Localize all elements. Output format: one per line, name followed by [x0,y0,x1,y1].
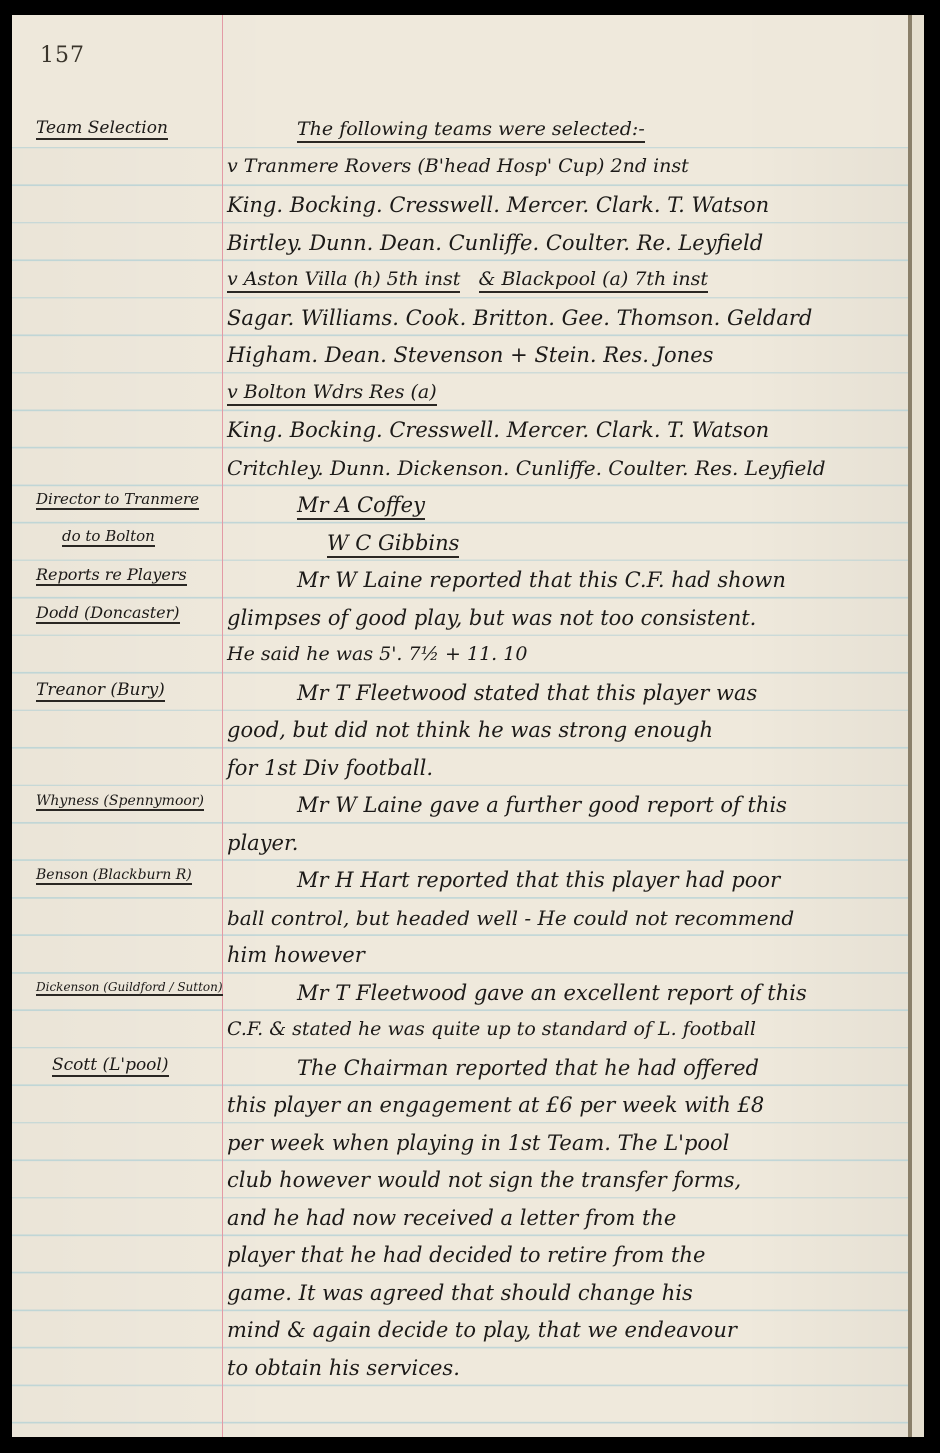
director-bolton: W C Gibbins [327,531,459,555]
ledger-page: 157 Team Selection Director to Tranmere … [12,15,924,1437]
report-scott-line-2: this player an engagement at £6 per week… [227,1093,764,1117]
fixture-villa-blackpool: v Aston Villa (h) 5th inst & Blackpool (… [227,268,708,290]
page-number: 157 [40,43,85,68]
team-3-line-2: Critchley. Dunn. Dickenson. Cunliffe. Co… [227,456,826,480]
report-dickenson-line-1: Mr T Fleetwood gave an excellent report … [297,981,807,1005]
margin-note-benson: Benson (Blackburn R) [36,867,192,885]
report-dodd-line-2: glimpses of good play, but was not too c… [227,606,756,630]
team-3-line-1: King. Bocking. Cresswell. Mercer. Clark.… [227,418,769,442]
report-benson-line-3: him however [227,943,365,967]
report-scott-line-8: mind & again decide to play, that we end… [227,1318,737,1342]
report-benson-line-1: Mr H Hart reported that this player had … [297,868,780,892]
fixture-tranmere: v Tranmere Rovers (B'head Hosp' Cup) 2nd… [227,155,689,177]
margin-note-scott: Scott (L'pool) [52,1055,169,1077]
team-2-line-2: Higham. Dean. Stevenson + Stein. Res. Jo… [227,343,713,367]
report-scott-line-3: per week when playing in 1st Team. The L… [227,1131,729,1155]
team-1-line-1: King. Bocking. Cresswell. Mercer. Clark.… [227,193,769,217]
director-tranmere: Mr A Coffey [297,493,425,517]
report-treanor-line-3: for 1st Div football. [227,756,433,780]
team-1-line-2: Birtley. Dunn. Dean. Cunliffe. Coulter. … [227,231,763,255]
margin-note-treanor: Treanor (Bury) [36,680,165,702]
report-scott-line-4: club however would not sign the transfer… [227,1168,741,1192]
page-edge [912,15,924,1437]
margin-note-reports-re-players: Reports re Players [36,565,187,586]
team-selection-intro: The following teams were selected:- [297,118,645,140]
margin-note-team-selection: Team Selection [36,118,168,140]
margin-line [222,15,223,1437]
report-whyness-line-1: Mr W Laine gave a further good report of… [297,793,787,817]
margin-note-dodd: Dodd (Doncaster) [36,603,180,624]
margin-note-director-bolton: do to Bolton [62,527,155,547]
report-scott-line-6: player that he had decided to retire fro… [227,1243,705,1267]
report-dickenson-line-2: C.F. & stated he was quite up to standar… [227,1018,756,1040]
report-dodd-line-1: Mr W Laine reported that this C.F. had s… [297,568,786,592]
fixture-bolton: v Bolton Wdrs Res (a) [227,381,437,403]
report-scott-line-7: game. It was agreed that should change h… [227,1281,693,1305]
report-scott-line-1: The Chairman reported that he had offere… [297,1056,759,1080]
report-scott-line-5: and he had now received a letter from th… [227,1206,676,1230]
report-treanor-line-2: good, but did not think he was strong en… [227,718,713,742]
report-treanor-line-1: Mr T Fleetwood stated that this player w… [297,681,757,705]
margin-note-director-tranmere: Director to Tranmere [36,490,199,510]
report-whyness-line-2: player. [227,831,298,855]
report-benson-line-2: ball control, but headed well - He could… [227,906,794,930]
report-dodd-line-3: He said he was 5'. 7½ + 11. 10 [227,643,527,665]
margin-note-dickenson: Dickenson (Guildford / Sutton) [36,980,223,996]
margin-note-whyness: Whyness (Spennymoor) [36,793,204,811]
team-2-line-1: Sagar. Williams. Cook. Britton. Gee. Tho… [227,306,812,330]
report-scott-line-9: to obtain his services. [227,1356,460,1380]
